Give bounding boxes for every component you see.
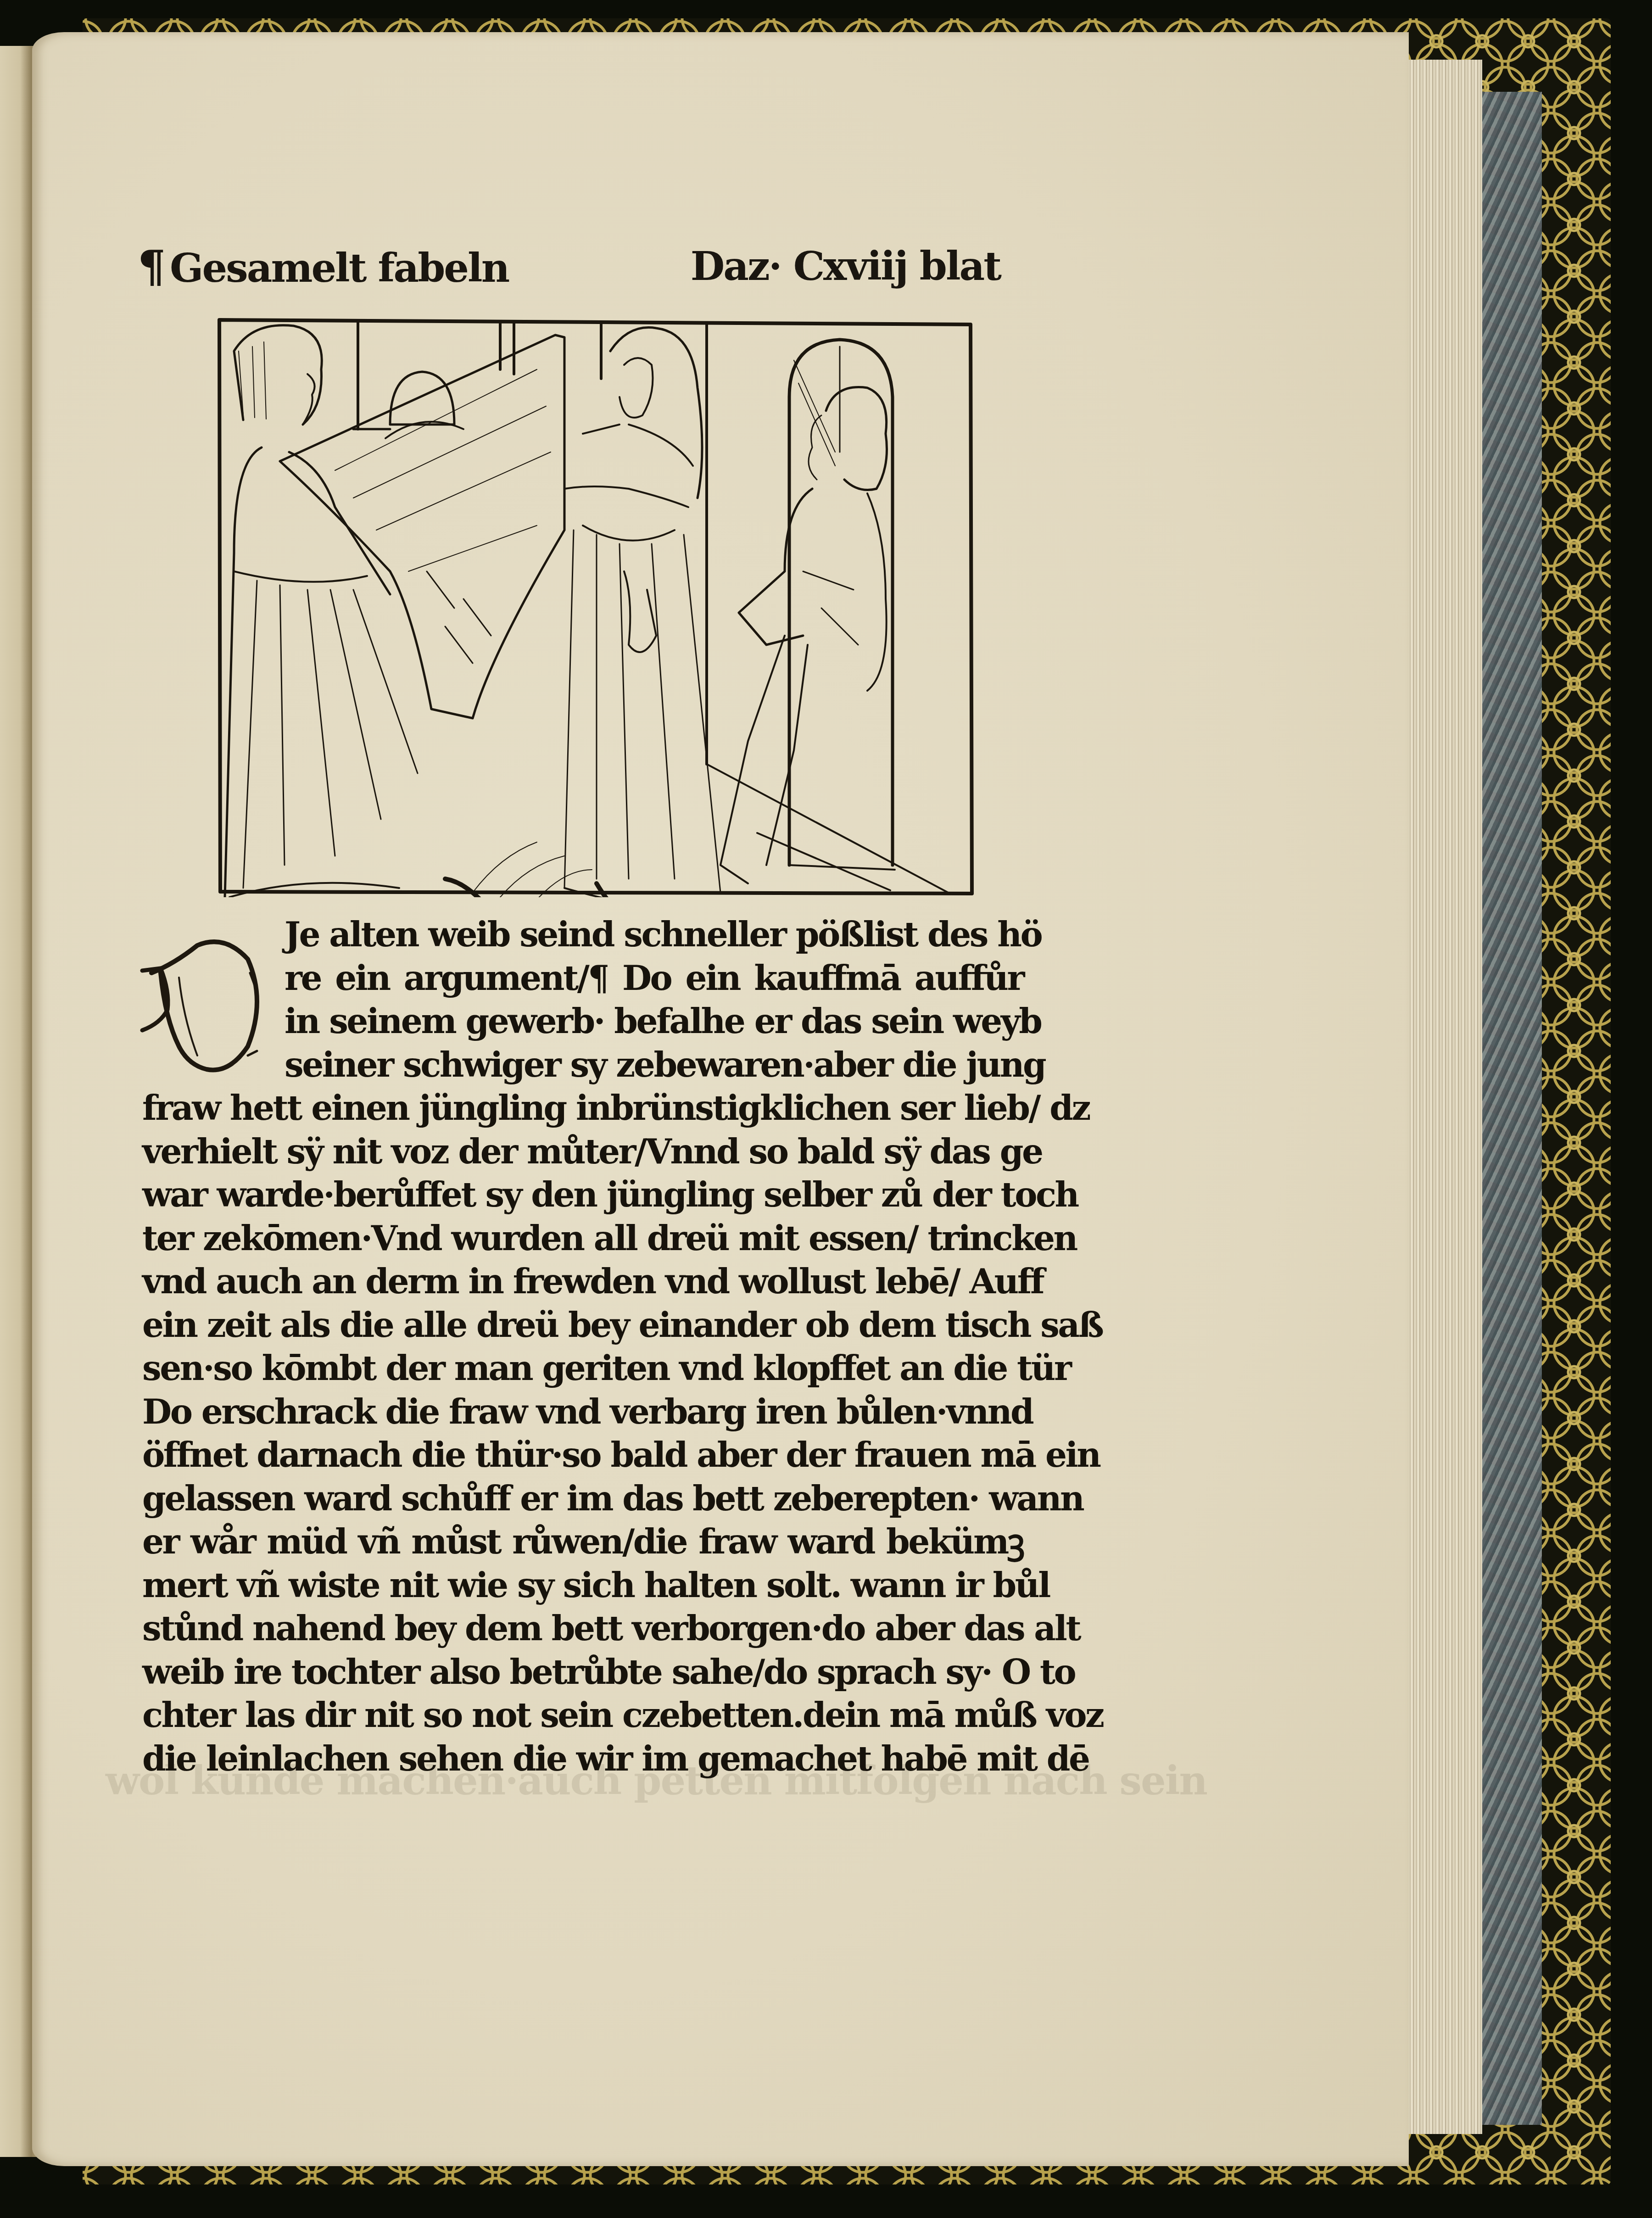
facing-page-gutter <box>0 46 37 2157</box>
text-line: mert vñ wiste nit wie sy sich halten sol… <box>142 1564 1023 1608</box>
text-line: in seinem gewerb· befalhe er das sein we… <box>142 1000 1023 1044</box>
running-head-left: ¶Gesamelt fabeln <box>138 240 508 292</box>
running-head-title: Gesamelt fabeln <box>170 245 508 291</box>
text-line: er wår müd vñ můst růwen/die fraw ward b… <box>142 1520 1023 1564</box>
text-line: verhielt sÿ nit voz der můter/Vnnd so ba… <box>142 1130 1023 1174</box>
text-line: ein zeit als die alle dreü bey einander … <box>142 1304 1023 1347</box>
page-edges <box>1404 60 1482 2134</box>
text-line: weib ire tochter also betrůbte sahe/do s… <box>142 1651 1023 1694</box>
folio-number: Daz· Cxviij blat <box>691 243 1000 290</box>
woodcut-illustration <box>216 314 975 897</box>
text-line: vnd auch an derm in frewden vnd wollust … <box>142 1260 1023 1304</box>
text-line: Je alten weib seind schneller pößlist de… <box>142 913 1023 957</box>
text-line: war warde·berůffet sy den jüngling selbe… <box>142 1173 1023 1217</box>
text-line: chter las dir nit so not sein czebetten.… <box>142 1694 1023 1738</box>
text-line: fraw hett einen jüngling inbrünstigklich… <box>142 1087 1023 1130</box>
marbled-endpaper <box>1482 92 1542 2125</box>
text-line: gelassen ward schůff er im das bett zebe… <box>142 1477 1023 1521</box>
text-line: seiner schwiger sy zebewaren·aber die ju… <box>142 1044 1023 1087</box>
pilcrow-icon: ¶ <box>138 240 164 292</box>
text-line: sen·so kōmbt der man geriten vnd klopffe… <box>142 1347 1023 1391</box>
text-line: die leinlachen sehen die wir im gemachet… <box>142 1738 1023 1781</box>
text-line: ter zekōmen·Vnd wurden all dreü mit esse… <box>142 1217 1023 1261</box>
text-line: re ein argument/¶ Do ein kauffmā auffůr <box>142 957 1023 1000</box>
text-line: stůnd nahend bey dem bett verborgen·do a… <box>142 1607 1023 1651</box>
body-text: Je alten weib seind schneller pößlist de… <box>142 913 1023 1781</box>
text-line: öffnet darnach die thür·so bald aber der… <box>142 1434 1023 1477</box>
text-line: Do erschrack die fraw vnd verbarg iren b… <box>142 1391 1023 1434</box>
running-head: ¶Gesamelt fabeln Daz· Cxviij blat <box>138 239 1000 294</box>
